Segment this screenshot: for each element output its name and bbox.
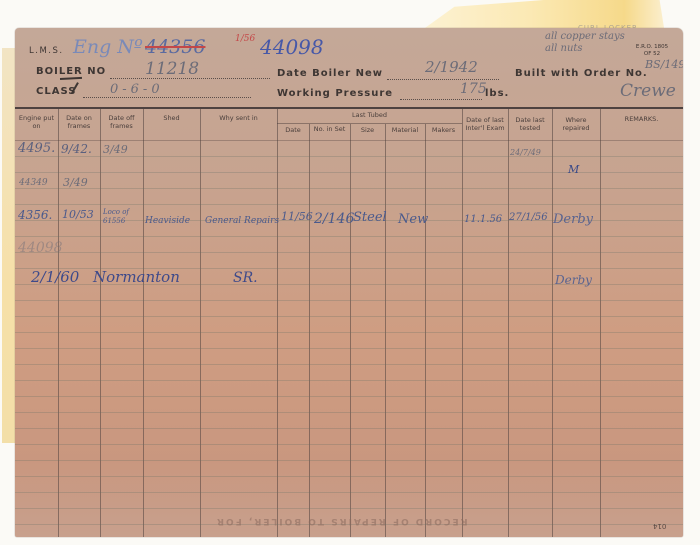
- ruled-line: [15, 460, 683, 461]
- column-divider: [58, 109, 59, 537]
- eng-no-handwritten-label: Eng Nº: [73, 36, 143, 58]
- ruled-line: [15, 492, 683, 493]
- pencil-note-2: all nuts: [545, 43, 583, 54]
- row-1-engine-put-on: 4495.: [18, 141, 55, 156]
- class-dots: [83, 97, 251, 98]
- ruled-line: [15, 508, 683, 509]
- ruled-line: [15, 476, 683, 477]
- ruled-line: [15, 428, 683, 429]
- working-pressure-dots: [400, 99, 482, 100]
- built-with-order-label: Built with Order No.: [515, 68, 648, 79]
- row-3-tubed-size: Steel: [353, 210, 387, 225]
- column-divider: [508, 109, 509, 537]
- row-5-date: 2/1/60: [31, 268, 79, 286]
- header-divider: [15, 107, 683, 109]
- working-pressure-label: Working Pressure: [277, 88, 393, 99]
- column-divider: [600, 109, 601, 537]
- form-code: 014: [653, 522, 666, 530]
- ruled-line: [15, 252, 683, 253]
- col-header-tubed-no-in-set: No. in Set: [309, 126, 350, 134]
- row-1-where-repaired: M: [568, 163, 579, 176]
- built-at-value: Crewe: [620, 81, 676, 101]
- ero-stamp: E.R.O. 1805 OF 52: [635, 44, 669, 58]
- row-3-why-sent-in: General Repairs: [205, 216, 279, 226]
- row-3-tubed-date: 11/56: [281, 210, 313, 223]
- ruled-line: [15, 300, 683, 301]
- boiler-no-label: BOILER NO: [36, 66, 106, 77]
- lms-label: L.M.S.: [29, 46, 64, 56]
- ruled-line: [15, 172, 683, 173]
- row-3-engine-put-on: 4356.: [18, 208, 52, 222]
- col-header-tubed-size: Size: [350, 127, 385, 135]
- row-3-where-repaired: Derby: [553, 212, 593, 227]
- row-3-no-in-set: 2/146: [314, 211, 354, 227]
- col-header-date-last-tested: Date last tested: [508, 117, 552, 132]
- row-5-shed: Normanton: [93, 268, 180, 286]
- ruled-line: [15, 380, 683, 381]
- last-tubed-group-header: Last Tubed: [277, 112, 462, 120]
- col-header-date-on-frames: Date on frames: [58, 115, 100, 130]
- ruled-line: [15, 204, 683, 205]
- row-3-date-last-tested: 27/1/56: [509, 212, 548, 223]
- row-1-date-off-frames: 3/49: [103, 143, 128, 156]
- ruled-line: [15, 188, 683, 189]
- row-3-date-last-inter-exam: 11.1.56: [464, 214, 502, 225]
- row-3-date-on-frames: 10/53: [62, 208, 94, 221]
- col-header-where-repaired: Where repaired: [552, 117, 600, 132]
- row-1-date-on-frames: 9/42.: [61, 142, 92, 156]
- row-2-date-on-frames: 3/49: [63, 176, 88, 189]
- column-header-bottom-line: [15, 140, 683, 141]
- col-header-engine-put-on: Engine put on: [15, 115, 58, 130]
- boiler-no-value: 11218: [145, 59, 199, 79]
- new-engine-number: 44098: [260, 35, 324, 59]
- working-pressure-unit: lbs.: [485, 88, 509, 99]
- col-header-remarks: REMARKS.: [600, 116, 683, 124]
- column-divider: [277, 109, 278, 537]
- col-header-why-sent-in: Why sent in: [200, 115, 277, 123]
- col-header-tubed-makers: Makers: [425, 127, 462, 135]
- row-4-engine-put-on: 44098: [18, 240, 63, 256]
- boiler-record-card: L.M.S. Eng Nº 44356 1/56 44098 all coppe…: [15, 28, 683, 537]
- row-5-where-repaired: Derby: [555, 273, 592, 287]
- ruled-line: [15, 444, 683, 445]
- row-5-why-sent-in: SR.: [233, 270, 258, 286]
- row-3-date-off-frames: Loco of 61556: [103, 208, 143, 226]
- ruled-line: [15, 364, 683, 365]
- mirrored-print-bleed: RECORD OF REPAIRS TO BOILER, FOR: [215, 516, 468, 526]
- ruled-line: [15, 412, 683, 413]
- built-with-order-value: BS/1493: [645, 58, 683, 71]
- ruled-line: [15, 316, 683, 317]
- row-1-date-last-tested: 24/7/49: [510, 148, 541, 157]
- underline-mark: [60, 77, 82, 80]
- ruled-line: [15, 236, 683, 237]
- date-boiler-new-value: 2/1942: [425, 58, 478, 76]
- pencil-note-1: all copper stays: [545, 31, 625, 42]
- old-engine-number: 44356: [145, 36, 205, 58]
- row-3-shed: Heaviside: [145, 216, 190, 226]
- working-pressure-value: 175: [460, 81, 487, 97]
- ruled-line: [15, 332, 683, 333]
- ruled-line: [15, 348, 683, 349]
- column-divider: [200, 109, 201, 537]
- ruled-line: [15, 156, 683, 157]
- col-header-tubed-date: Date: [277, 127, 309, 135]
- col-header-tubed-material: Material: [385, 127, 425, 135]
- col-header-date-off-frames: Date off frames: [100, 115, 143, 130]
- col-header-date-last-inter-exam: Date of last Inter'l Exam: [462, 117, 508, 132]
- renumber-date: 1/56: [235, 34, 255, 44]
- column-divider: [462, 109, 463, 537]
- column-divider: [100, 109, 101, 537]
- column-divider: [552, 109, 553, 537]
- ruled-line: [15, 396, 683, 397]
- row-3-tubed-material: New: [398, 212, 428, 227]
- last-tubed-group-line: [277, 123, 462, 124]
- row-2-engine-put-on: 44349: [19, 178, 48, 188]
- date-boiler-new-label: Date Boiler New: [277, 68, 383, 79]
- class-value: 0-6-0: [110, 82, 164, 97]
- date-boiler-new-dots: [387, 79, 499, 80]
- column-divider: [143, 109, 144, 537]
- col-header-shed: Shed: [143, 115, 200, 123]
